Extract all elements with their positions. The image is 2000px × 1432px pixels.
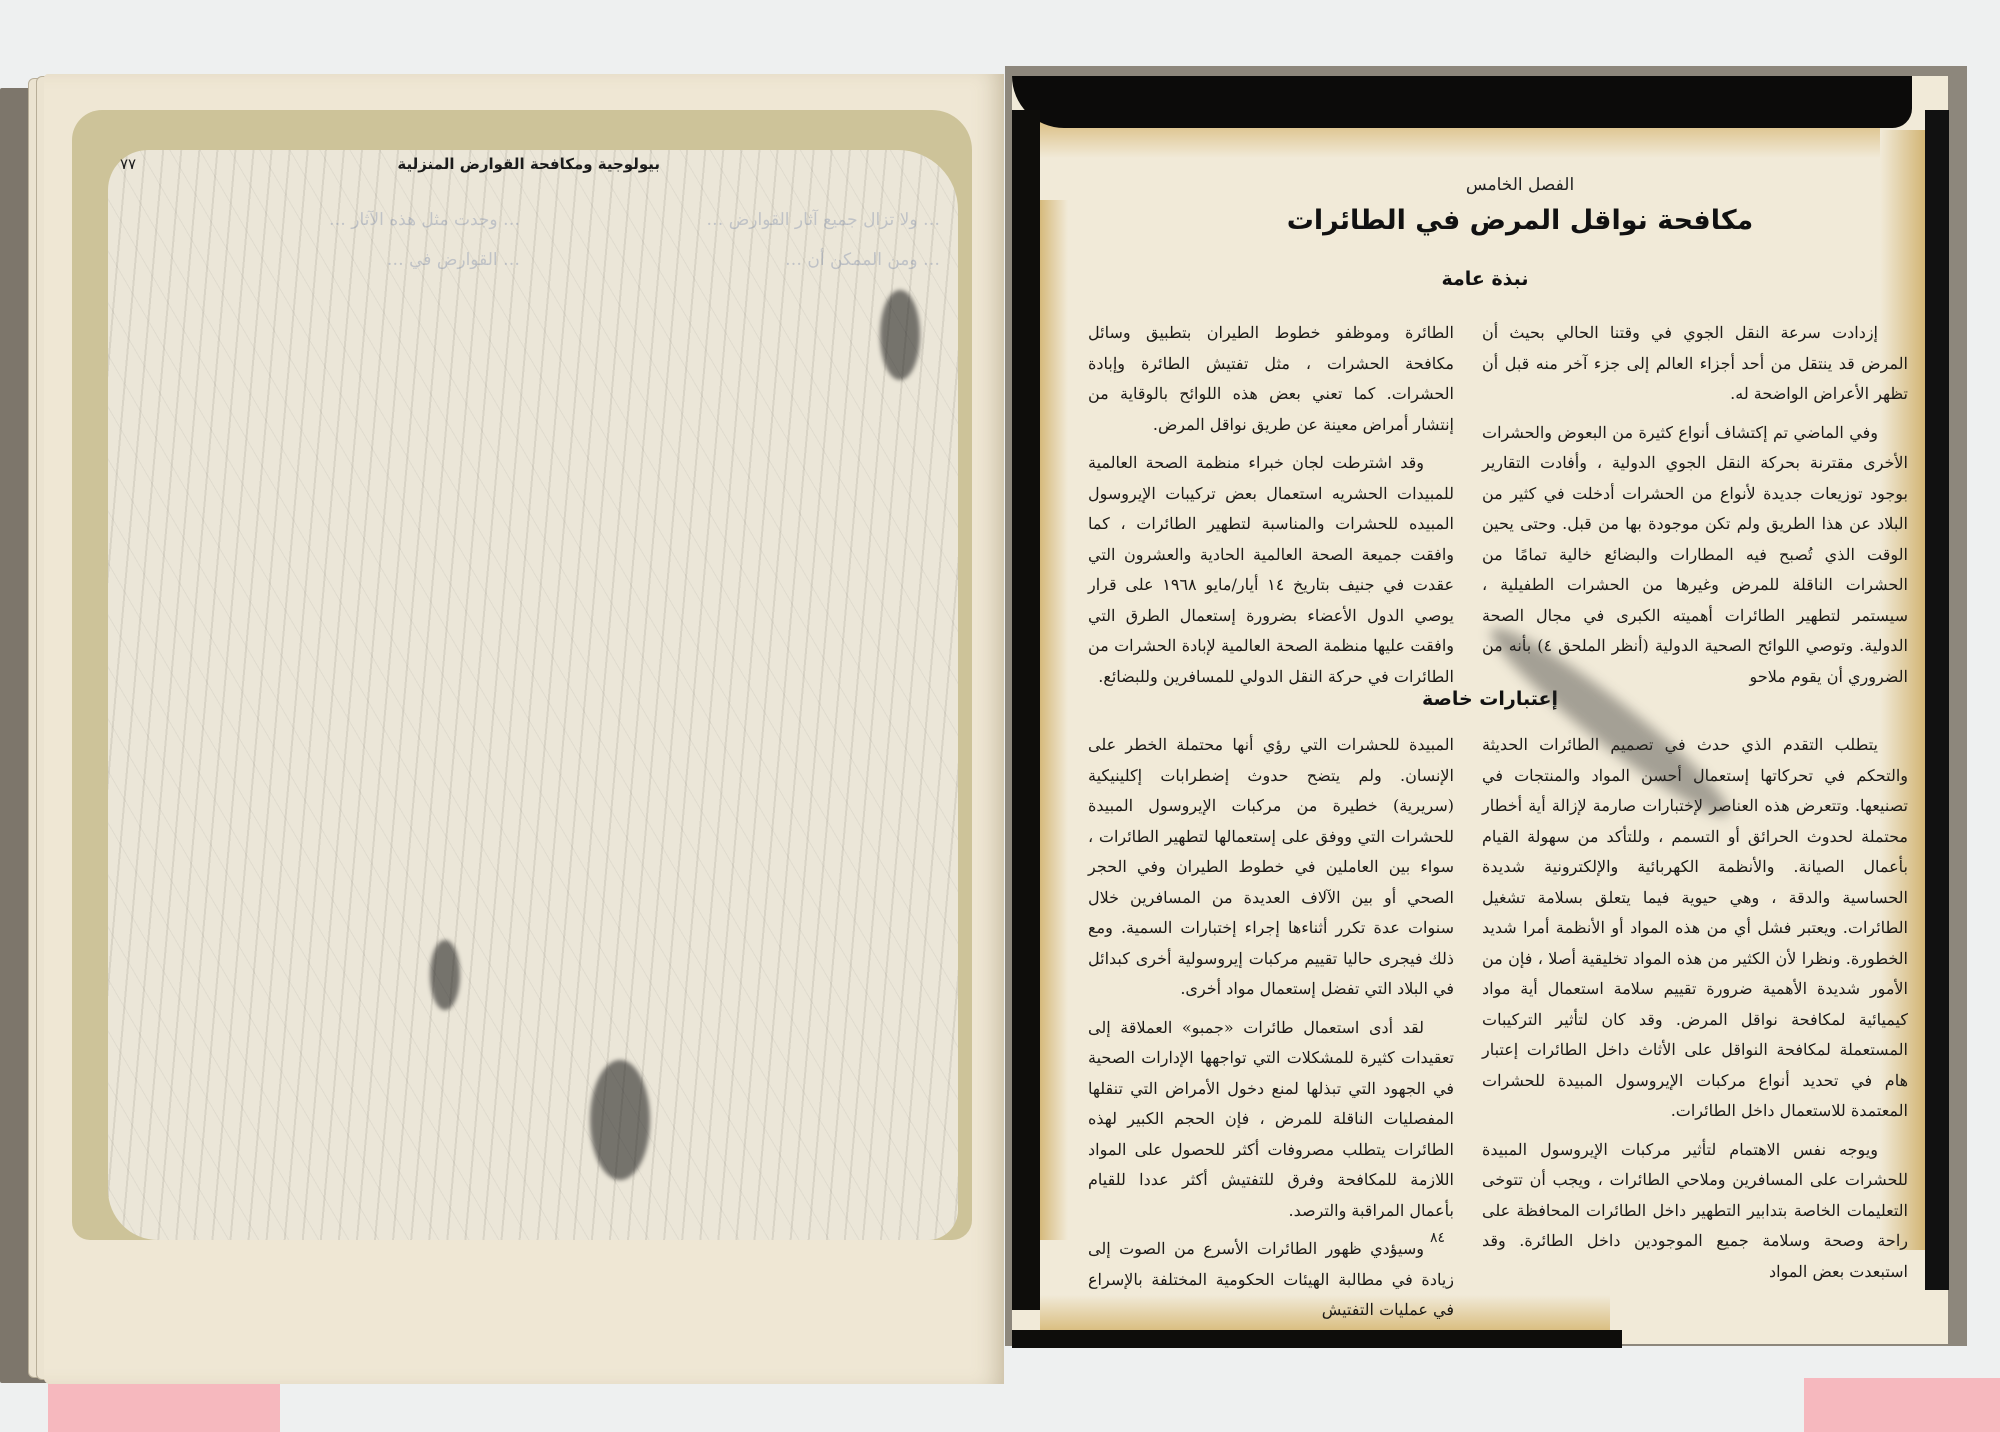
faded-line: … وجدت مثل هذه الآثار … (140, 200, 520, 240)
paragraph: المبيدة للحشرات التي رؤي أنها محتملة الخ… (1088, 730, 1454, 1005)
paragraph: الطائرة وموظفو خطوط الطيران بتطبيق وسائل… (1088, 318, 1454, 440)
paragraph: وسيؤدي ظهور الطائرات الأسرع من الصوت إلى… (1088, 1234, 1454, 1326)
paragraph: لقد أدى استعمال طائرات «جمبو» العملاقة إ… (1088, 1013, 1454, 1227)
ink-border-right (1925, 110, 1949, 1290)
overview-right-column: إزدادت سرعة النقل الجوي في وقتنا الحالي … (1482, 318, 1908, 700)
ink-border-top (1012, 76, 1912, 128)
left-running-title: بيولوجية ومكافحة القوارض المنزلية (397, 155, 660, 173)
ink-smudge (590, 1060, 650, 1180)
left-page-number: ٧٧ (120, 155, 136, 173)
sticky-note-left (48, 1382, 280, 1432)
faded-line: … ولا تزال جميع آثار القوارض … (560, 200, 940, 240)
paragraph: ويوجه نفس الاهتمام لتأثير مركبات الإيروس… (1482, 1135, 1908, 1288)
considerations-left-column: المبيدة للحشرات التي رؤي أنها محتملة الخ… (1088, 730, 1454, 1334)
sticky-note-right (1804, 1378, 2000, 1432)
chapter-title: مكافحة نواقل المرض في الطائرات (1200, 205, 1840, 236)
faded-line: … القوارض في … (140, 240, 520, 280)
stain-left (1038, 200, 1068, 1240)
right-page-number: ٨٤ (1430, 1230, 1445, 1246)
section-heading-overview: نبذة عامة (1410, 268, 1560, 290)
faded-line: … ومن الممكن أن … (560, 240, 940, 280)
left-running-header: ٧٧ بيولوجية ومكافحة القوارض المنزلية (120, 150, 660, 178)
chapter-label: الفصل الخامس (1400, 175, 1640, 195)
ink-smudge (880, 290, 920, 380)
overview-left-column: الطائرة وموظفو خطوط الطيران بتطبيق وسائل… (1088, 318, 1454, 700)
considerations-right-column: يتطلب التقدم الذي حدث في تصميم الطائرات … (1482, 730, 1908, 1295)
ink-smudge (430, 940, 460, 1010)
left-faded-text: … ولا تزال جميع آثار القوارض … … ومن الم… (140, 200, 940, 1200)
paragraph: إزدادت سرعة النقل الجوي في وقتنا الحالي … (1482, 318, 1908, 410)
paragraph: وقد اشترطت لجان خبراء منظمة الصحة العالم… (1088, 448, 1454, 692)
ink-border-left (1012, 110, 1040, 1310)
